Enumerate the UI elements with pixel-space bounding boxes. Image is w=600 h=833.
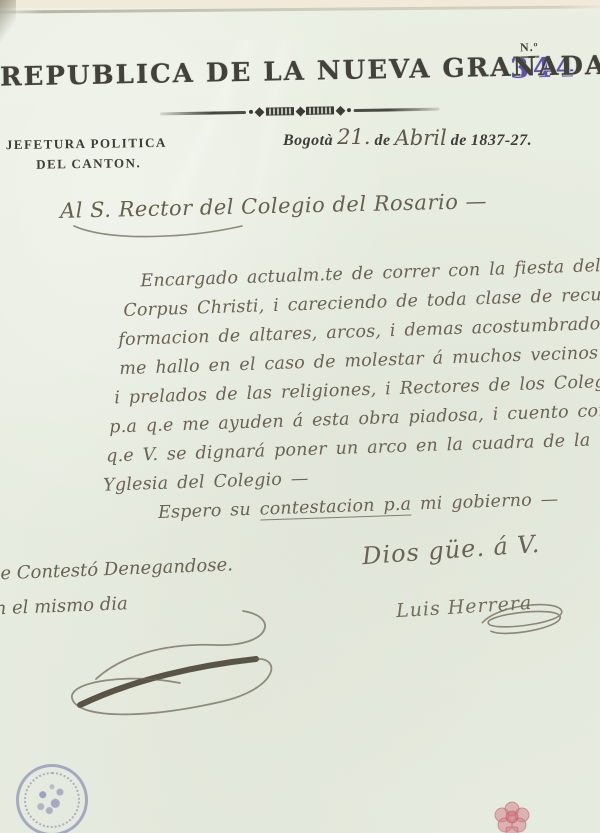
salutation-underline-swash-icon: [70, 222, 250, 242]
dateline-city: Bogotà: [283, 132, 333, 149]
signature-flourish-icon: [470, 589, 573, 646]
ornament-diamond: [336, 105, 346, 115]
letter-body: Encargado actualm.te de correr con la fi…: [92, 248, 600, 529]
ornament-bar: [306, 106, 334, 114]
ornament-diamond: [254, 107, 264, 117]
margin-rubric-flourish-icon: [38, 603, 288, 733]
dateline-day-handwritten: 21.: [337, 125, 370, 149]
round-archive-seal-icon: [16, 764, 88, 833]
ornament-line-right: [354, 107, 440, 111]
scanned-letter-page: N.º 344 REPUBLICA DE LA NUEVA GRANADA JE…: [0, 0, 600, 833]
margin-note-line1: Se Contestó Denegandose.: [0, 554, 233, 584]
request-pre: Espero su: [158, 500, 260, 523]
dateline-de2: de: [451, 132, 467, 149]
dateline-month-handwritten: Abril: [395, 126, 447, 150]
ornament-line-left: [160, 110, 246, 114]
corner-shadow: [0, 0, 16, 46]
dateline-de1: de: [375, 132, 391, 149]
ornament-bar: [266, 107, 294, 115]
dateline: Bogotà 21. de Abril de 1837-27.: [283, 126, 532, 150]
closing-formula: Dios güe. á V.: [361, 530, 541, 570]
red-rosette-stamp-icon: [489, 797, 535, 833]
request-underlined: contestacion p.a: [259, 495, 411, 521]
ornament-diamond: [295, 106, 305, 116]
ornament-dot: [249, 110, 253, 114]
request-post: mi gobierno —: [411, 490, 559, 515]
dateline-year: 1837-27.: [471, 132, 532, 149]
letterhead-office: JEFETURA POLITICA DEL CANTON.: [6, 135, 167, 173]
letterhead-line1: JEFETURA POLITICA: [6, 135, 167, 153]
ornament-dot: [347, 108, 351, 112]
seal-inner-ring: [24, 772, 80, 828]
letterhead-line2: DEL CANTON.: [36, 155, 167, 173]
